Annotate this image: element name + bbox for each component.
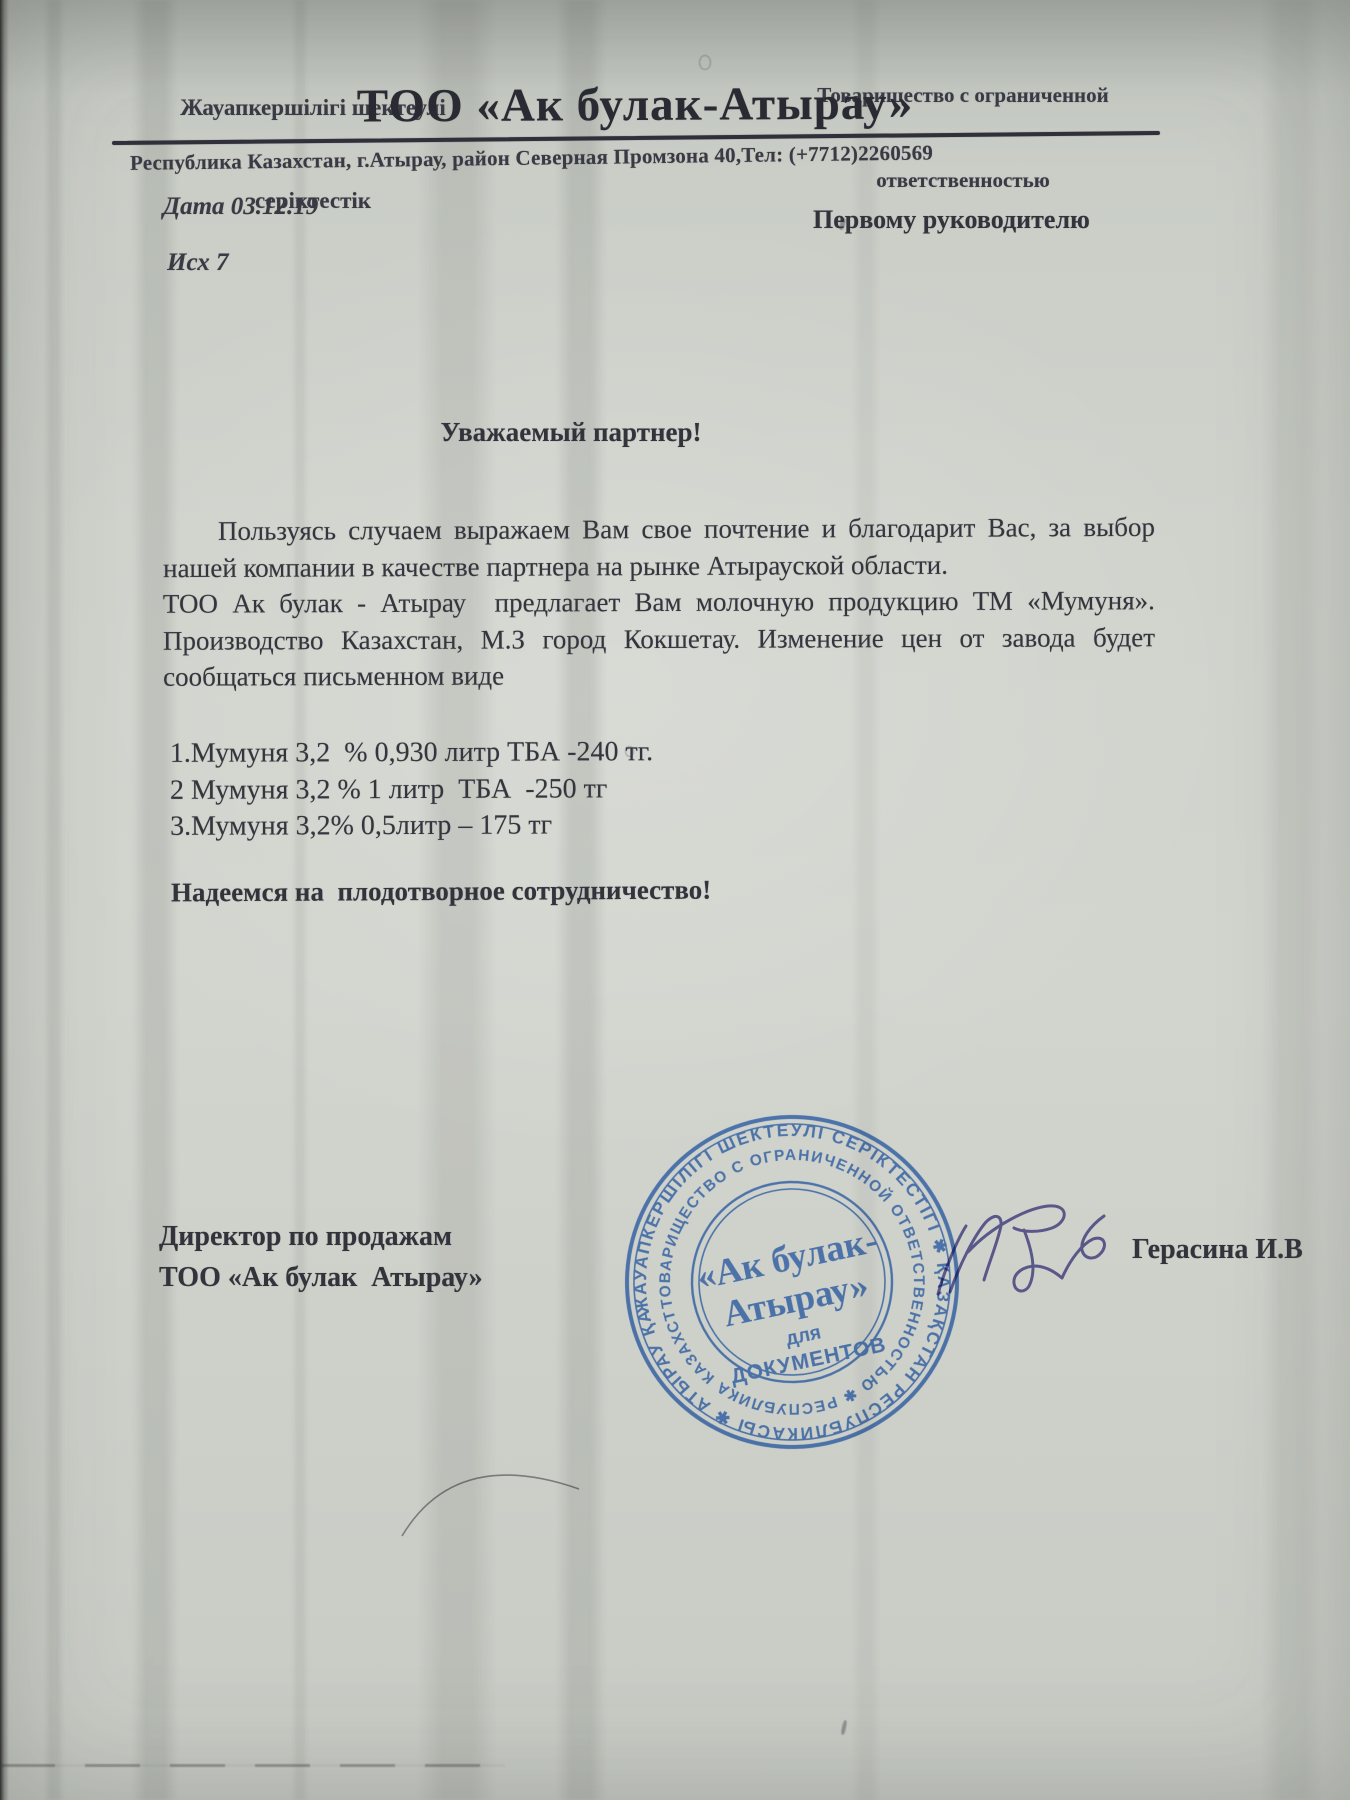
scan-streak [1262, 0, 1322, 1800]
signer-title: Директор по продажам ТОО «Ак булак Атыра… [159, 1216, 483, 1298]
body-paragraph-1: Пользуясь случаем выражаем Вам свое почт… [163, 509, 1155, 586]
scan-streak [852, 0, 880, 1800]
scan-edge-shadow [0, 0, 9, 1800]
letterhead-russian-line2: ответственностью [788, 166, 1138, 194]
price-item-1: 1.Мумуня 3,2 % 0,930 литр ТБА -240 тг. [170, 734, 653, 772]
signer-name: Герасина И.В [1132, 1234, 1303, 1266]
price-list: 1.Мумуня 3,2 % 0,930 литр ТБА -240 тг. 2… [170, 734, 654, 845]
letter-ref-number: Исх 7 [167, 249, 228, 277]
letter-date: Дата 03.12.19 [163, 193, 318, 221]
scanned-letter-page: Жауапкершілігі шектеулі серіктестік Това… [0, 0, 1350, 1800]
price-item-2: 2 Мумуня 3,2 % 1 литр ТБА -250 тг [170, 771, 653, 809]
pen-stroke-arc [398, 1462, 588, 1542]
scan-crease-line [0, 1764, 505, 1767]
salutation-heading: Уважаемый партнер! [0, 417, 1142, 448]
company-title: ТОО «Ак булак-Атырау» [0, 75, 1270, 136]
closing-line: Надеемся на плодотворное сотрудничество! [171, 875, 711, 909]
price-item-3: 3.Мумуня 3,2% 0,5литр – 175 тг [170, 807, 653, 845]
signer-title-line-2: ТОО «Ак булак Атырау» [159, 1257, 483, 1298]
scan-streak [44, 0, 64, 1800]
paper-speck [840, 1720, 847, 1736]
signer-title-line-1: Директор по продажам [159, 1216, 483, 1257]
body-paragraph-2: ТОО Ак булак - Атырау предлагает Вам мол… [163, 582, 1155, 695]
paper-speck [699, 55, 711, 70]
addressee: Первому руководителю [813, 205, 1090, 235]
